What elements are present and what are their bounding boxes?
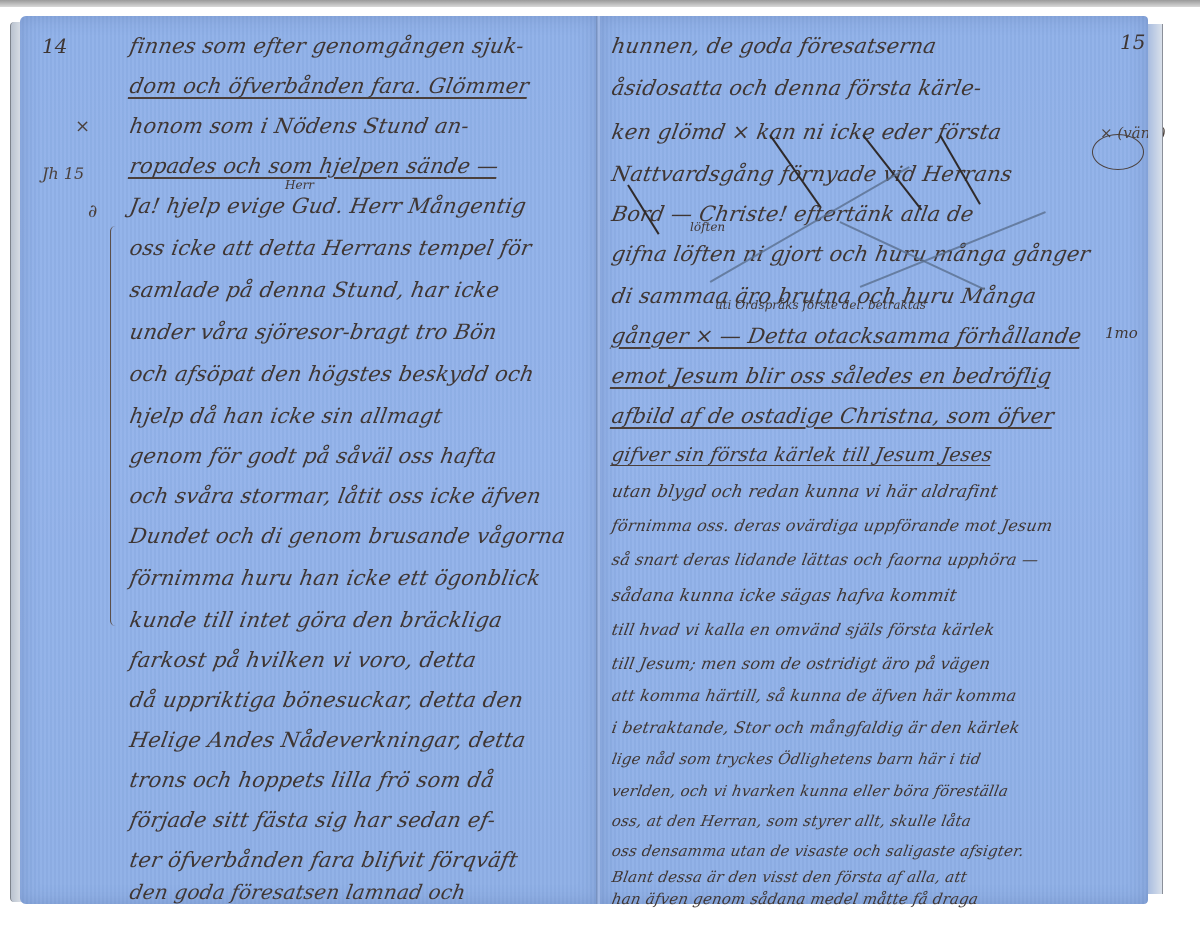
manuscript-line: och svåra stormar, låtit oss icke äfven [128, 484, 543, 508]
manuscript-line: förnimma oss. deras ovärdiga uppförande … [610, 516, 1054, 535]
manuscript-line: då uppriktiga bönesuckar, detta den [128, 688, 525, 712]
margin-note-circle [1092, 134, 1144, 170]
scanner-top-band [0, 0, 1200, 7]
margin-verse-ref: Jh 15 [42, 164, 84, 183]
manuscript-line: oss densamma utan de visaste och saligas… [610, 842, 1025, 860]
manuscript-line: så snart deras lidande lättas och faorna… [610, 550, 1040, 569]
manuscript-line: Nattvardsgång förnyade vid Herrans [610, 162, 1014, 186]
manuscript-line: oss icke att detta Herrans tempel för [128, 236, 534, 260]
manuscript-line: dom och öfverbånden fara. Glömmer [128, 74, 531, 98]
manuscript-line: samlade på denna Stund, har icke [128, 278, 501, 302]
manuscript-line: Blant dessa är den visst den första af a… [610, 868, 968, 886]
manuscript-line: Ja! hjelp evige Gud. Herr Mångentig [128, 194, 528, 218]
page-number-right: 15 [1120, 30, 1145, 54]
interlinear-insertion: Herr [285, 178, 314, 192]
manuscript-line: emot Jesum blir oss således en bedröflig [610, 364, 1054, 388]
margin-cross-mark: × [75, 116, 90, 137]
manuscript-line: gifver sin första kärlek till Jesum Jese… [610, 444, 994, 466]
margin-numbering: 1mo [1105, 324, 1138, 342]
margin-bracket-line [110, 226, 121, 626]
manuscript-line: åsidosatta och denna första kärle- [610, 76, 984, 100]
manuscript-line: afbild af de ostadige Christna, som öfve… [610, 404, 1056, 428]
manuscript-line: hjelp då han icke sin allmagt [128, 404, 444, 428]
manuscript-line: och afsöpat den högstes beskydd och [128, 362, 536, 386]
manuscript-line: gifna löften ni gjort och huru många gån… [610, 242, 1092, 266]
manuscript-line: han äfven genom sådana medel måtte få dr… [610, 890, 979, 908]
manuscript-line: Bord — Christe! eftertänk alla de [610, 202, 976, 226]
manuscript-line: i betraktande, Stor och mångfaldig är de… [610, 718, 1021, 737]
manuscript-line: oss, at den Herran, som styrer allt, sku… [610, 812, 972, 830]
manuscript-line: sådana kunna icke sägas hafva kommit [610, 586, 958, 606]
manuscript-line: farkost på hvilken vi voro, detta [128, 648, 478, 672]
right-page: 15 × (vänd) löften uti Ordspråks förste … [600, 16, 1148, 904]
manuscript-line: att komma härtill, så kunna de äfven här… [610, 686, 1018, 705]
manuscript-line: Helige Andes Nådeverkningar, detta [128, 728, 528, 752]
right-page-edge [1148, 24, 1163, 894]
manuscript-line: utan blygd och redan kunna vi här aldraf… [610, 482, 999, 502]
manuscript-line: den goda föresatsen lamnad och [128, 880, 468, 904]
margin-insertion-mark: ∂ [88, 201, 97, 222]
manuscript-line: förjade sitt fästa sig har sedan ef- [128, 808, 498, 832]
manuscript-line: till Jesum; men som de ostridigt äro på … [610, 654, 992, 673]
manuscript-line: hunnen, de goda föresatserna [610, 34, 938, 58]
manuscript-line: Dundet och di genom brusande vågorna [128, 524, 567, 548]
manuscript-line: under våra sjöresor-bragt tro Bön [128, 320, 499, 344]
manuscript-line: ropades och som hjelpen sände — [128, 154, 501, 178]
manuscript-line: honom som i Nödens Stund an- [128, 114, 471, 138]
manuscript-line: finnes som efter genomgången sjuk- [128, 34, 526, 58]
manuscript-line: trons och hoppets lilla frö som då [128, 768, 496, 792]
manuscript-line: verlden, och vi hvarken kunna eller böra… [610, 782, 1009, 800]
manuscript-line: gånger ⨯ — Detta otacksamma förhållande [610, 324, 1084, 348]
manuscript-line: kunde till intet göra den bräckliga [128, 608, 504, 632]
manuscript-line: ter öfverbånden fara blifvit förqväft [128, 848, 520, 872]
left-page: 14 × Jh 15 ∂ Herr finnes som efter genom… [20, 16, 598, 904]
manuscript-line: förnimma huru han icke ett ögonblick [128, 566, 543, 590]
manuscript-line: till hvad vi kalla en omvänd själs först… [610, 620, 996, 639]
page-number-left: 14 [42, 34, 67, 58]
open-notebook: 14 × Jh 15 ∂ Herr finnes som efter genom… [8, 12, 1178, 912]
manuscript-line: genom för godt på såväl oss hafta [128, 444, 499, 468]
manuscript-line: di sammaa äro brutna och huru Många [610, 284, 1038, 308]
manuscript-line: lige nåd som tryckes Ödlighetens barn hä… [610, 750, 982, 768]
